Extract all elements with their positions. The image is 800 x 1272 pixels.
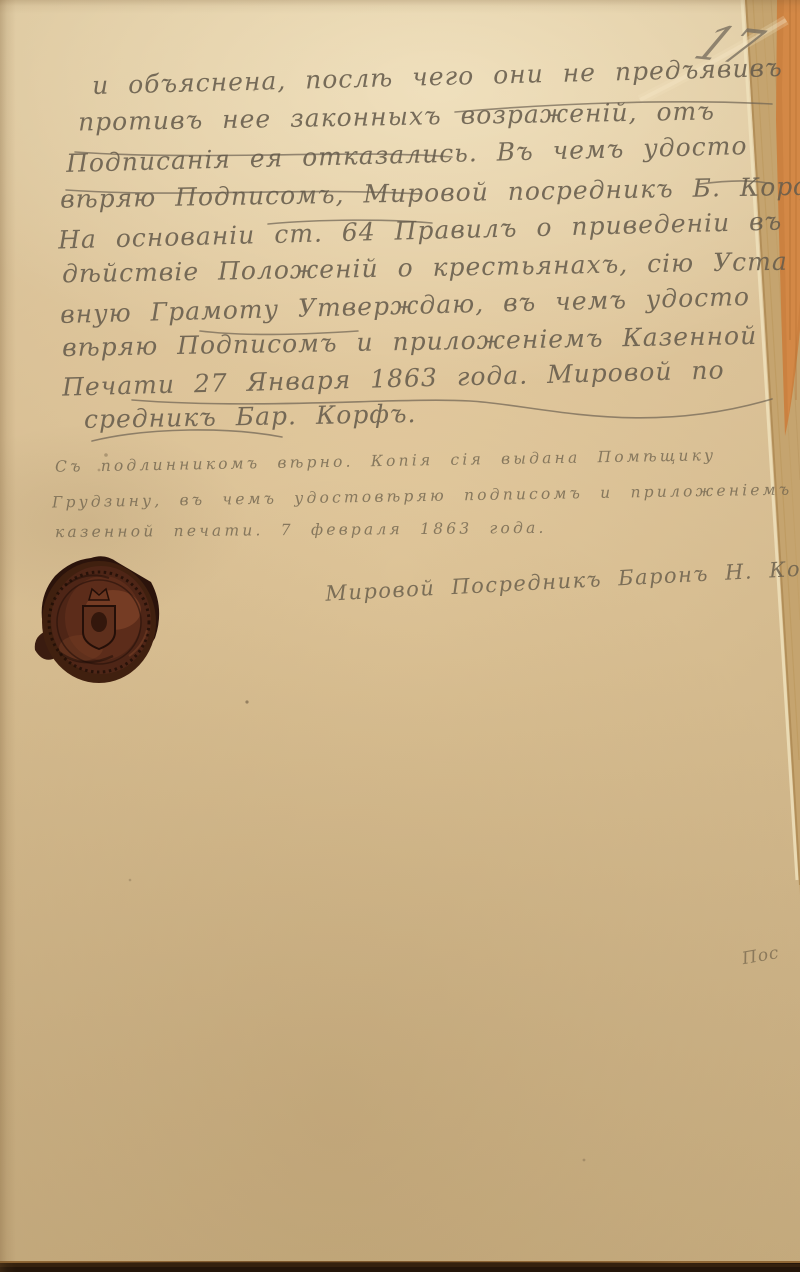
photo-frame: 17 и объяснена, послѣ чего они не предъя… <box>0 0 800 1272</box>
wax-seal <box>35 556 159 683</box>
bottom-edge <box>0 1262 800 1272</box>
manuscript-line: средникъ Бар. Корфъ. <box>84 399 417 434</box>
